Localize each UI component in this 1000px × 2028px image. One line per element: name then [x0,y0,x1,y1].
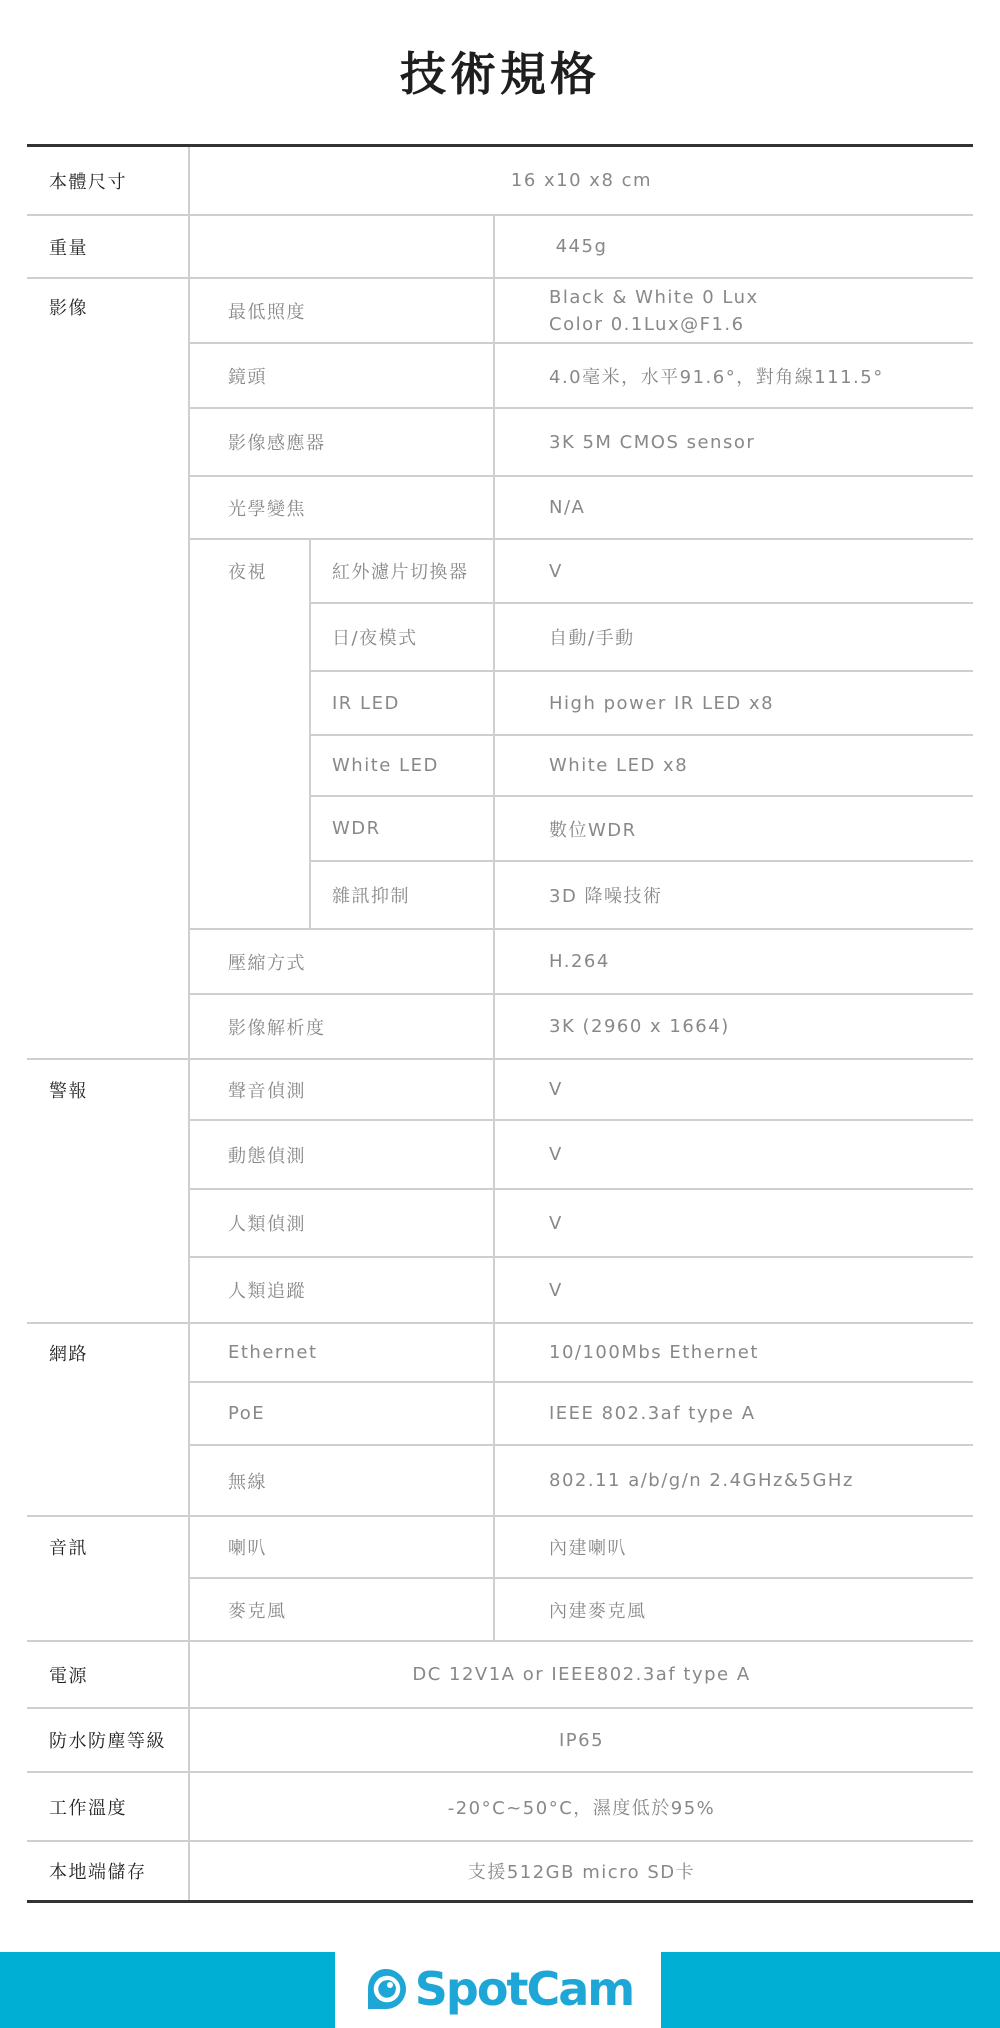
value-human-detect: V [549,1190,563,1256]
spotcam-logo: SpotCam [335,1950,661,2028]
category-audio: 音訊 [49,1517,88,1577]
value-compression: H.264 [549,930,610,993]
category-image: 影像 [49,279,88,324]
row-label-storage: 本地端儲存 [49,1842,147,1900]
value-poe: IEEE 802.3af type A [549,1383,756,1444]
divider [27,1322,973,1324]
row-label-temperature: 工作溫度 [49,1773,127,1840]
label-wdr: WDR [332,797,381,860]
divider [188,147,190,1900]
divider [309,538,311,928]
value-human-track: V [549,1258,563,1322]
value-resolution: 3K (2960 x 1664) [549,995,730,1058]
label-optical-zoom: 光學變焦 [228,477,306,538]
label-motion-detect: 動態偵測 [228,1121,306,1188]
row-value-storage: 支援512GB micro SD卡 [190,1842,973,1900]
row-label-power: 電源 [49,1642,88,1707]
value-bw: Black & White 0 Lux [549,284,759,311]
label-sound-detect: 聲音偵測 [228,1060,306,1119]
label-poe: PoE [228,1383,265,1444]
row-label-waterproof: 防水防塵等級 [49,1709,166,1771]
label-white-led: White LED [332,736,439,795]
value-noise-reduction: 3D 降噪技術 [549,862,663,928]
divider [27,1515,973,1517]
brand-name: SpotCam [415,1962,633,2016]
footer-bar-left [0,1952,335,2028]
label-noise-reduction: 雜訊抑制 [332,862,410,928]
divider [188,538,973,540]
label-human-track: 人類追蹤 [228,1258,306,1322]
value-ir-cut: V [549,540,563,602]
row-value-weight: 445g [190,216,973,277]
value-microphone: 內建麥克風 [549,1579,647,1640]
value-min-illumination: Black & White 0 Lux Color 0.1Lux@F1.6 [549,279,759,342]
value-wdr: 數位WDR [549,797,637,860]
divider [27,277,973,279]
camera-eye-icon [363,1966,409,2012]
label-wireless: 無線 [228,1446,267,1515]
value-optical-zoom: N/A [549,477,585,538]
row-value-temperature: -20°C~50°C，濕度低於95% [190,1773,973,1840]
value-sensor: 3K 5M CMOS sensor [549,409,755,475]
label-ir-cut: 紅外濾片切換器 [332,540,469,602]
value-ethernet: 10/100Mbs Ethernet [549,1324,759,1381]
divider [27,1058,973,1060]
category-alarm: 警報 [49,1060,88,1119]
label-speaker: 喇叭 [228,1517,267,1577]
label-lens: 鏡頭 [228,344,267,407]
label-compression: 壓縮方式 [228,930,306,993]
row-label-weight: 重量 [49,216,88,277]
value-wireless: 802.11 a/b/g/n 2.4GHz&5GHz [549,1446,854,1515]
page-title: 技術規格 [0,38,1000,104]
label-min-illumination: 最低照度 [228,279,306,342]
row-value-power: DC 12V1A or IEEE802.3af type A [190,1642,973,1707]
row-label-size: 本體尺寸 [49,147,127,214]
divider [309,795,973,797]
value-sound-detect: V [549,1060,563,1119]
label-ethernet: Ethernet [228,1324,318,1381]
value-day-night: 自動/手動 [549,604,635,670]
category-night-vision: 夜視 [228,540,267,602]
value-white-led: White LED x8 [549,736,688,795]
value-ir-led: High power IR LED x8 [549,672,774,734]
label-human-detect: 人類偵測 [228,1190,306,1256]
category-network: 網路 [49,1324,88,1381]
value-color: Color 0.1Lux@F1.6 [549,311,745,338]
row-value-waterproof: IP65 [190,1709,973,1771]
value-speaker: 內建喇叭 [549,1517,627,1577]
value-motion-detect: V [549,1121,563,1188]
table-bottom-border [27,1900,973,1903]
label-sensor: 影像感應器 [228,409,326,475]
label-resolution: 影像解析度 [228,995,326,1058]
label-ir-led: IR LED [332,672,400,734]
label-microphone: 麥克風 [228,1579,287,1640]
footer-bar-right [661,1952,1000,2028]
row-value-size: 16 x10 x8 cm [190,147,973,214]
label-day-night: 日/夜模式 [332,604,418,670]
value-lens: 4.0毫米，水平91.6°，對角線111.5° [549,344,884,407]
